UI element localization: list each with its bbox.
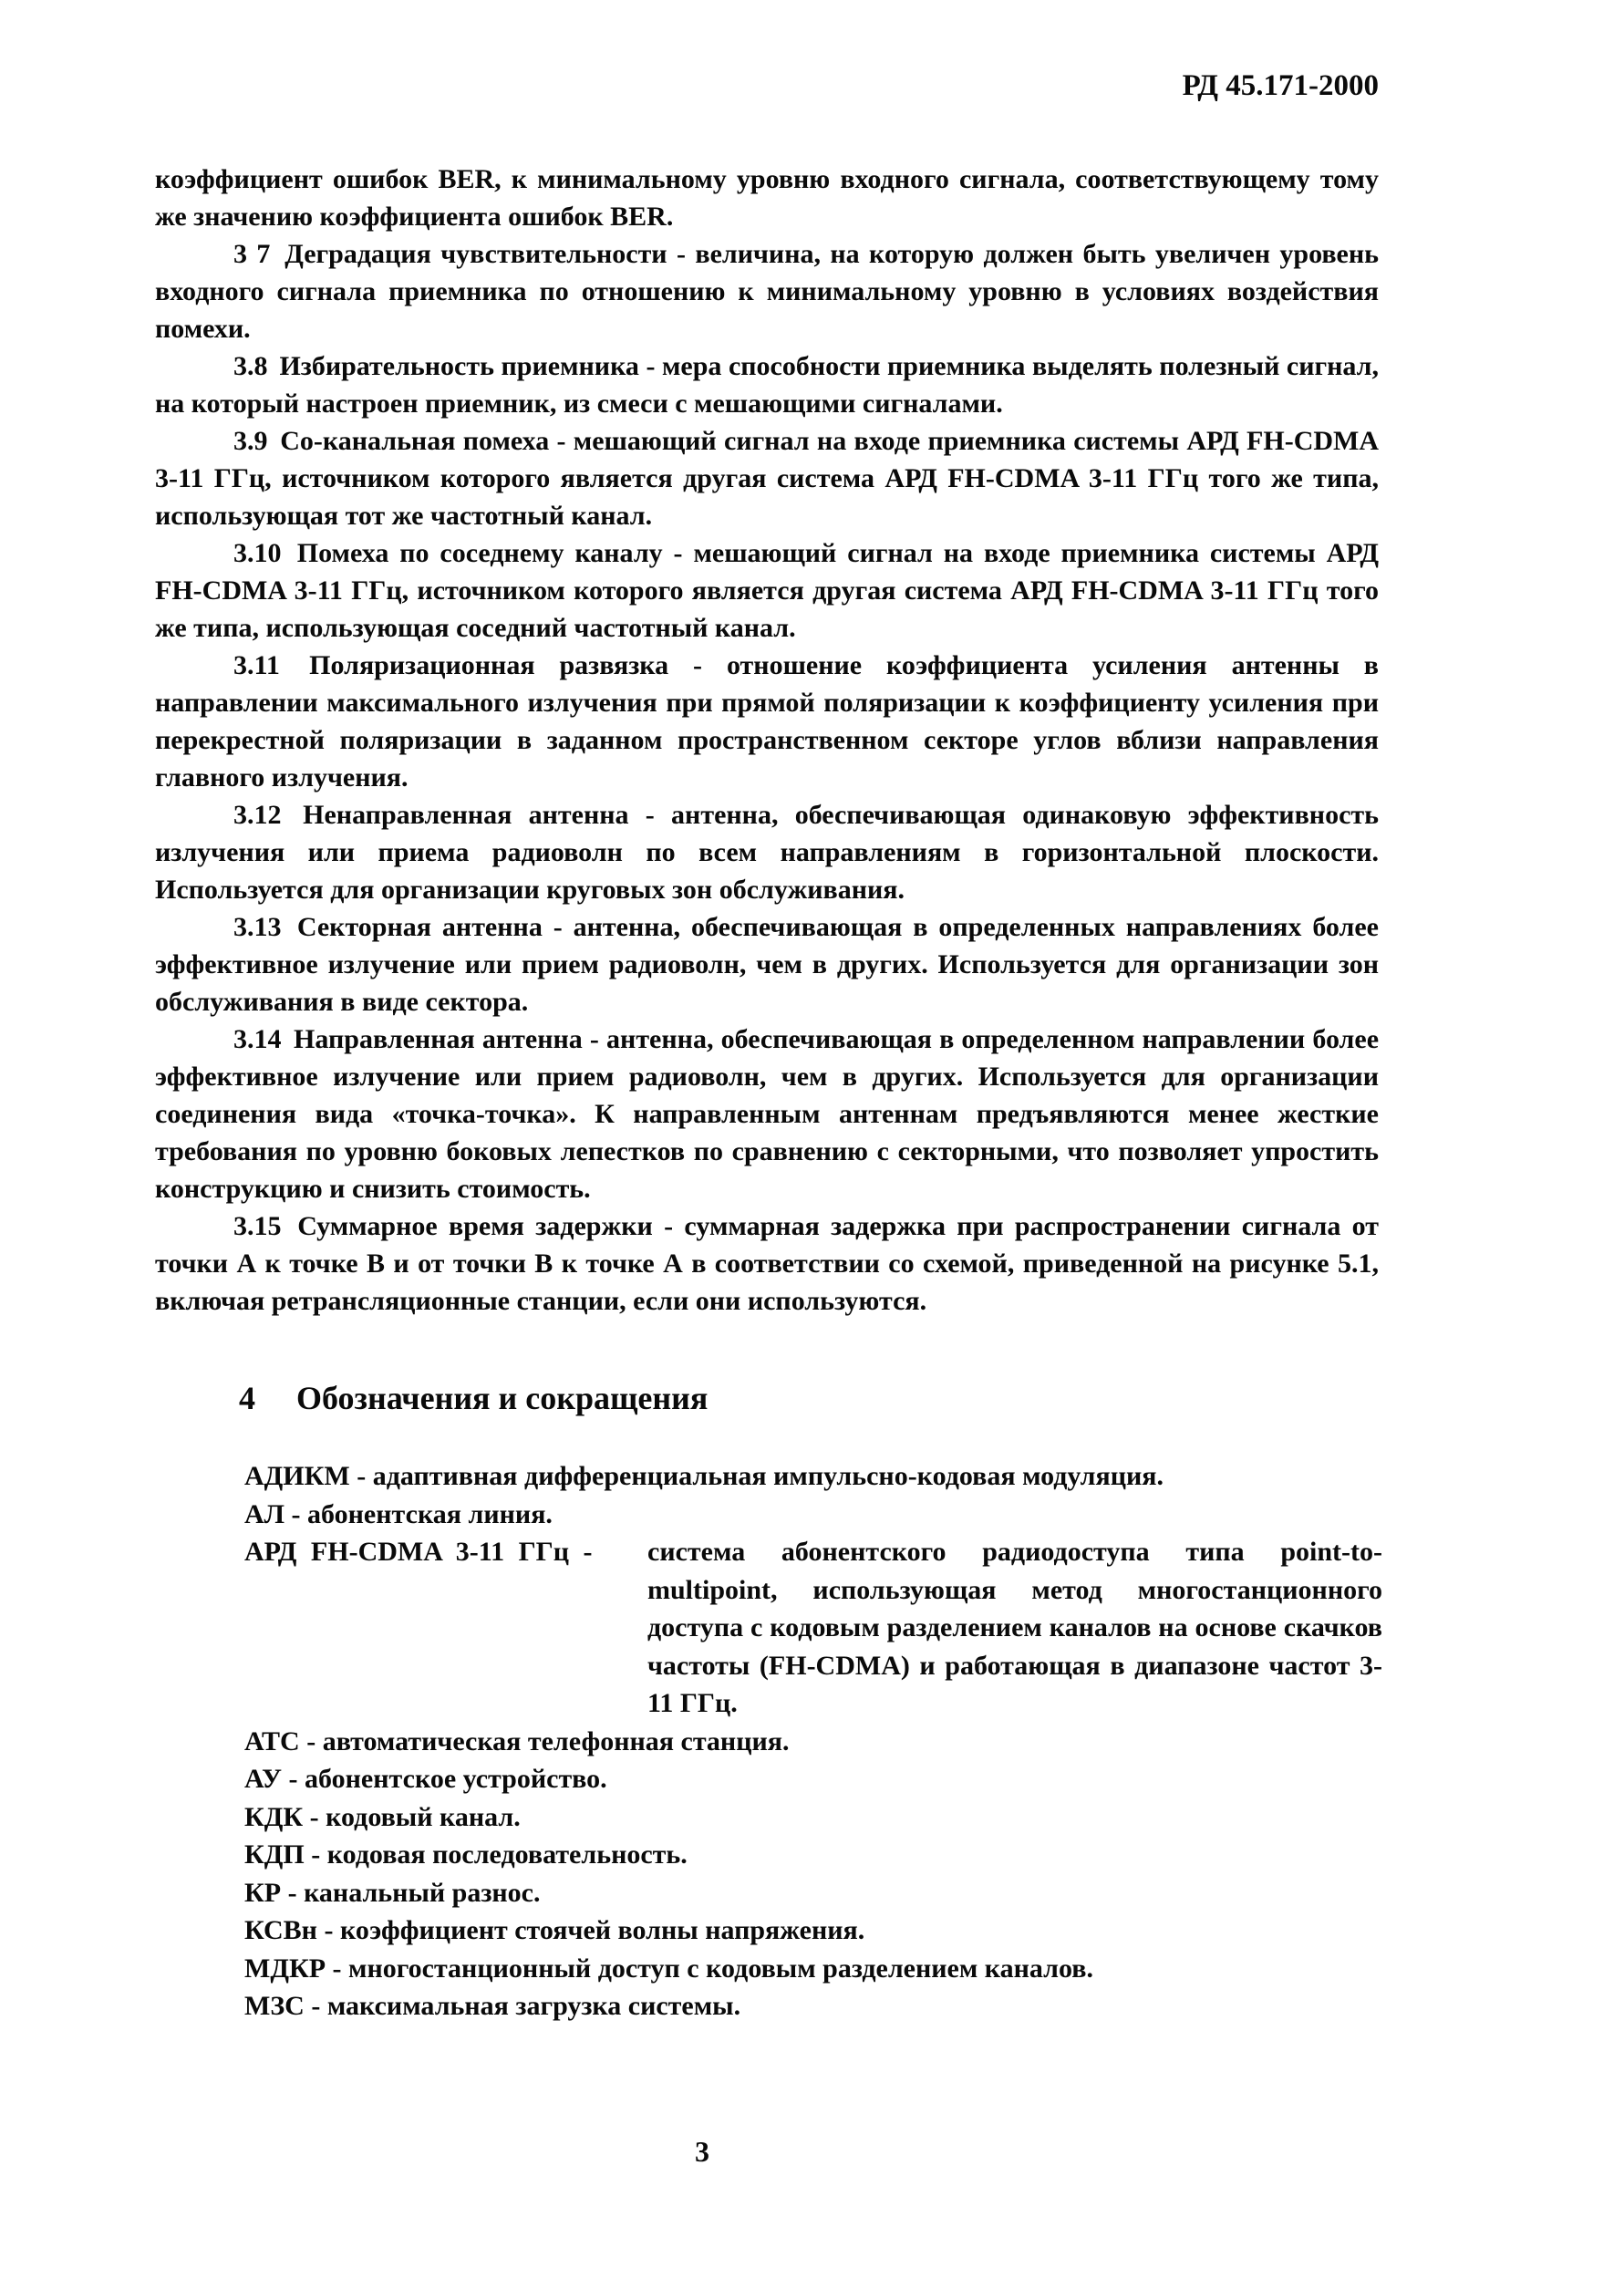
definition-paragraph: 3.10 Помеха по соседнему каналу - мешающ… (155, 534, 1379, 647)
abbreviation-definition: многостанционный доступ с кодовым раздел… (348, 1953, 1093, 1984)
section-4-heading: 4 Обозначения и сокращения (239, 1379, 708, 1417)
abbreviation-term: КДК (244, 1802, 303, 1832)
paragraph-text: Помеха по соседнему каналу - мешающий си… (155, 538, 1379, 643)
abbreviation-separator: - (326, 1953, 348, 1984)
abbreviation-definition: система абонентского радиодоступа типа p… (647, 1533, 1382, 1723)
abbreviation-separator: - (305, 1839, 327, 1870)
clause-number: 3 7 (233, 239, 270, 269)
definition-paragraph: 3.15 Суммарное время задержки - суммарна… (155, 1207, 1379, 1320)
abbreviation-separator: - (317, 1915, 340, 1945)
abbreviation-separator: - (281, 1878, 304, 1908)
abbreviation-term: КДП (244, 1839, 305, 1870)
abbreviation-separator: - (284, 1499, 307, 1529)
section-title: Обозначения и сокращения (296, 1380, 708, 1416)
document-code-header: РД 45.171-2000 (1140, 69, 1379, 103)
abbreviation-definition: абонентское устройство. (305, 1764, 607, 1794)
abbreviation-item-hanging: АРД FH-CDMA 3-11 ГГц - система абонентск… (244, 1533, 1382, 1723)
abbreviation-term: АРД FH-CDMA 3-11 ГГц (244, 1537, 569, 1567)
definition-paragraph: 3.13 Секторная антенна - антенна, обеспе… (155, 908, 1379, 1021)
abbreviation-definition: кодовый канал. (326, 1802, 521, 1832)
paragraph-text: Суммарное время задержки - суммарная зад… (155, 1211, 1379, 1316)
definition-paragraph: 3.9 Со-канальная помеха - мешающий сигна… (155, 422, 1379, 534)
abbreviation-item: АЛ - абонентская линия. (244, 1496, 1382, 1534)
abbreviation-separator: - (282, 1764, 305, 1794)
abbreviation-definition: адаптивная дифференциальная импульсно-ко… (373, 1461, 1164, 1491)
clause-number: 3.8 (233, 351, 268, 381)
abbreviation-definition: кодовая последовательность. (327, 1839, 688, 1870)
abbreviation-separator: - (350, 1461, 373, 1491)
clause-number: 3.10 (233, 538, 282, 568)
abbreviation-definition: автоматическая телефонная станция. (323, 1726, 790, 1756)
clause-number: 3.11 (233, 650, 280, 680)
abbreviation-item: КР - канальный разнос. (244, 1874, 1382, 1912)
abbreviation-term: АДИКМ (244, 1461, 350, 1491)
paragraph-text: Поляризационная развязка - отношение коэ… (155, 650, 1379, 793)
definition-paragraph: 3.8 Избирательность приемника - мера спо… (155, 347, 1379, 422)
abbreviation-definition: коэффициент стоячей волны напряжения. (340, 1915, 864, 1945)
abbreviation-item: КСВн - коэффициент стоячей волны напряже… (244, 1912, 1382, 1950)
abbreviation-item: КДК - кодовый канал. (244, 1798, 1382, 1837)
paragraph-text: коэффициент ошибок BER, к минимальному у… (155, 164, 1379, 232)
abbreviation-item: МДКР - многостанционный доступ с кодовым… (244, 1950, 1382, 1988)
abbreviation-separator: - (303, 1802, 326, 1832)
abbreviation-separator: - (305, 1991, 327, 2021)
definition-paragraph: 3.12 Ненаправленная антенна - антенна, о… (155, 796, 1379, 908)
abbreviation-definition: максимальная загрузка системы. (327, 1991, 740, 2021)
abbreviation-term: КР (244, 1878, 281, 1908)
abbreviation-term: АЛ (244, 1499, 284, 1529)
definition-paragraph: 3 7 Деградация чувствительности - величи… (155, 235, 1379, 347)
abbreviation-term: КСВн (244, 1915, 317, 1945)
paragraph-text: Направленная антенна - антенна, обеспечи… (155, 1024, 1379, 1204)
abbreviation-item: МЗС - максимальная загрузка системы. (244, 1987, 1382, 2026)
abbreviation-separator: - (569, 1537, 593, 1567)
abbreviation-term: МДКР (244, 1953, 326, 1984)
abbreviation-separator: - (300, 1726, 323, 1756)
paragraph-text: Избирательность приемника - мера способн… (155, 351, 1379, 419)
clause-number: 3.13 (233, 912, 282, 942)
abbreviation-term: МЗС (244, 1991, 305, 2021)
abbreviation-definition: абонентская линия. (307, 1499, 553, 1529)
paragraph-text: Со-канальная помеха - мешающий сигнал на… (155, 426, 1379, 531)
abbreviation-item: АТС - автоматическая телефонная станция. (244, 1723, 1382, 1761)
abbreviation-definition: канальный разнос. (304, 1878, 540, 1908)
definition-paragraph: 3.11 Поляризационная развязка - отношени… (155, 647, 1379, 796)
abbreviation-term-with-separator: АРД FH-CDMA 3-11 ГГц - (244, 1533, 647, 1723)
clause-number: 3.14 (233, 1024, 282, 1054)
section-3-definitions: коэффициент ошибок BER, к минимальному у… (155, 161, 1379, 1320)
section-number: 4 (239, 1379, 288, 1417)
clause-number: 3.9 (233, 426, 268, 456)
paragraph-text: Секторная антенна - антенна, обеспечиваю… (155, 912, 1379, 1017)
page-number: 3 (695, 2135, 709, 2169)
abbreviation-term: АТС (244, 1726, 300, 1756)
paragraph-text: Ненаправленная антенна - антенна, обеспе… (155, 800, 1379, 905)
definition-paragraph: 3.14 Направленная антенна - антенна, обе… (155, 1021, 1379, 1207)
abbreviation-item: АУ - абонентское устройство. (244, 1760, 1382, 1798)
clause-number: 3.12 (233, 800, 282, 830)
clause-number: 3.15 (233, 1211, 282, 1241)
paragraph-text: Деградация чувствительности - величина, … (155, 239, 1379, 344)
abbreviations-list: АДИКМ - адаптивная дифференциальная импу… (244, 1457, 1382, 2026)
abbreviation-item: КДП - кодовая последовательность. (244, 1836, 1382, 1874)
abbreviation-term: АУ (244, 1764, 282, 1794)
definition-paragraph-continuation: коэффициент ошибок BER, к минимальному у… (155, 161, 1379, 235)
abbreviation-item: АДИКМ - адаптивная дифференциальная импу… (244, 1457, 1382, 1496)
